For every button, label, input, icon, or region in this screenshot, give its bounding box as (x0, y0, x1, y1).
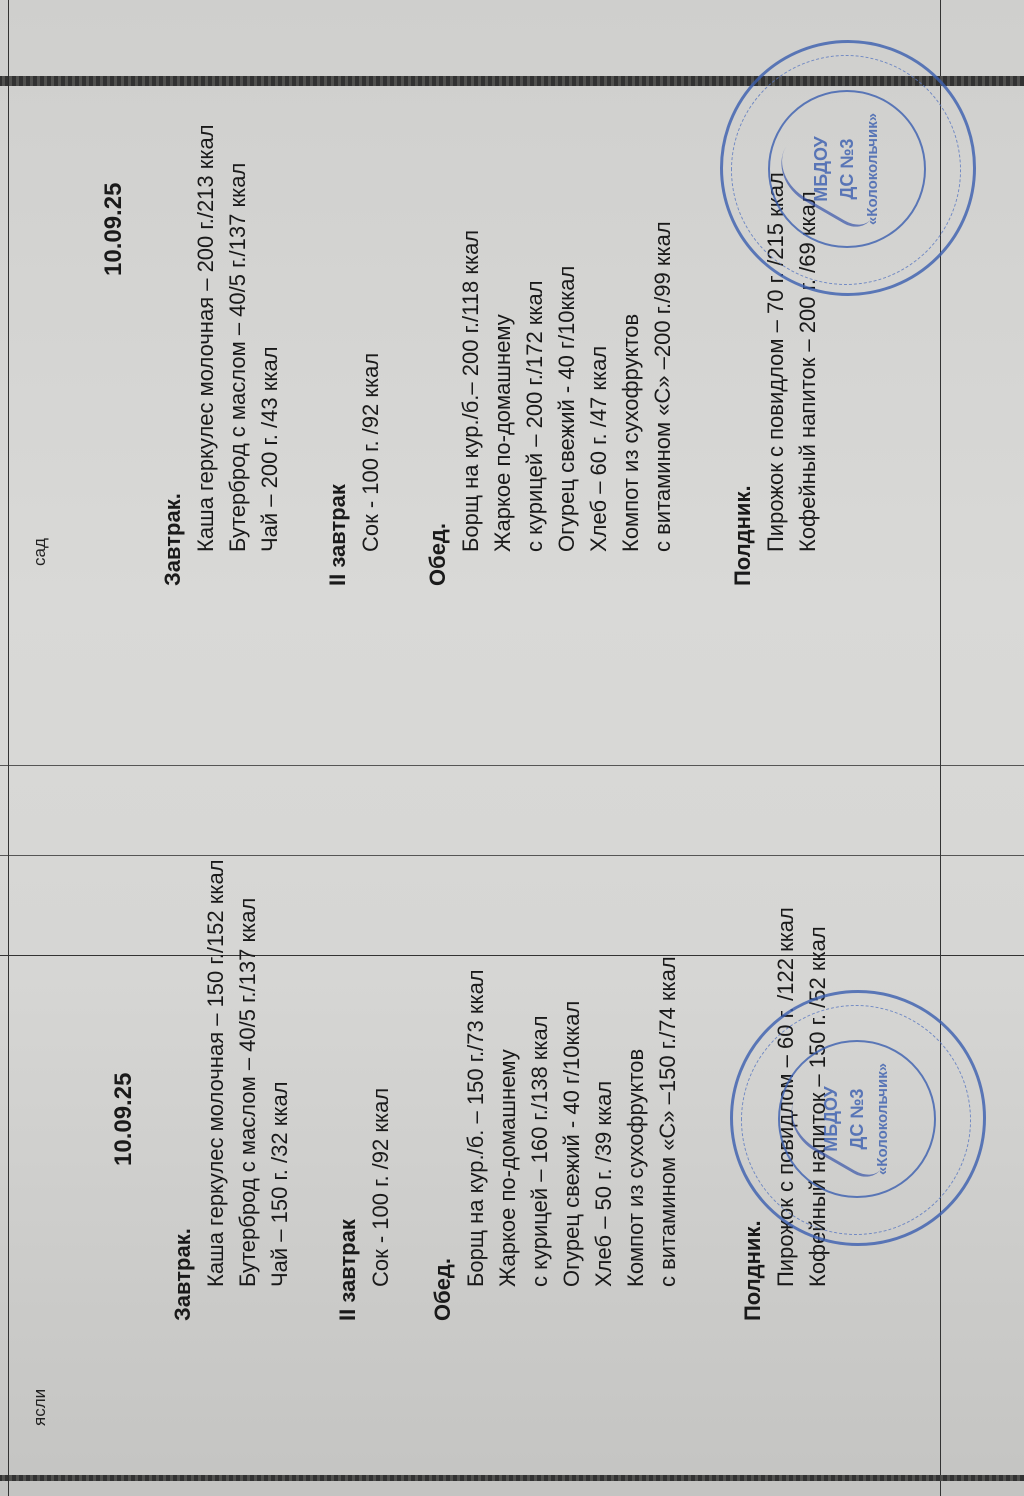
meal-title: II завтрак (325, 353, 351, 586)
menu-item: Огурец свежий - 40 г/10ккал (551, 221, 583, 586)
menu-item: Компот из сухофруктов (615, 221, 647, 586)
meal-title: Завтрак. (160, 124, 186, 586)
meal-lunch: Обед. Борщ на кур./б. – 150 г./73 ккал Ж… (430, 956, 684, 1321)
meal-breakfast: Завтрак. Каша геркулес молочная – 200 г.… (160, 124, 286, 586)
menu-item: Бутерброд с маслом – 40/5 г./137 ккал (222, 124, 254, 586)
menu-item: Жаркое по-домашнему (487, 221, 519, 586)
menu-item: Чай – 200 г. /43 ккал (254, 124, 286, 586)
menu-item: Огурец свежий - 40 г/10ккал (556, 956, 588, 1321)
meal-second-breakfast: II завтрак Сок - 100 г. /92 ккал (325, 353, 387, 586)
menu-item: Борщ на кур./б. – 150 г./73 ккал (460, 956, 492, 1321)
section-kindergarten: сад 10.09.25 Завтрак. Каша геркулес моло… (0, 0, 1024, 716)
menu-item: Хлеб – 50 г. /39 ккал (588, 956, 620, 1321)
official-stamp: МБДОУ ДС №3 «Колокольчик» (730, 990, 986, 1246)
menu-sheet: сад 10.09.25 Завтрак. Каша геркулес моло… (0, 0, 1024, 1496)
menu-item: Бутерброд с маслом – 40/5 г./137 ккал (232, 859, 264, 1321)
section-nursery: ясли 10.09.25 Завтрак. Каша геркулес мол… (0, 776, 1024, 1496)
menu-date: 10.09.25 (100, 183, 128, 276)
menu-item: Каша геркулес молочная – 200 г./213 ккал (190, 124, 222, 586)
menu-item: Борщ на кур./б.– 200 г./118 ккал (455, 221, 487, 586)
menu-item: с витамином «С» –150 г./74 ккал (652, 956, 684, 1321)
meal-second-breakfast: II завтрак Сок - 100 г. /92 ккал (335, 1088, 397, 1321)
table-divider (0, 765, 1024, 766)
menu-item: с курицей – 160 г./138 ккал (524, 956, 556, 1321)
meal-title: II завтрак (335, 1088, 361, 1321)
meal-title: Завтрак. (170, 859, 196, 1321)
menu-item: Сок - 100 г. /92 ккал (365, 1088, 397, 1321)
menu-date: 10.09.25 (110, 1073, 138, 1166)
menu-item: с витамином «С» –200 г./99 ккал (647, 221, 679, 586)
official-stamp: МБДОУ ДС №3 «Колокольчик» (720, 40, 976, 296)
menu-item: Каша геркулес молочная – 150 г./152 ккал (200, 859, 232, 1321)
menu-item: Чай – 150 г. /32 ккал (264, 859, 296, 1321)
meal-lunch: Обед. Борщ на кур./б.– 200 г./118 ккал Ж… (425, 221, 679, 586)
menu-item: с курицей – 200 г./172 ккал (519, 221, 551, 586)
menu-item: Хлеб – 60 г. /47 ккал (583, 221, 615, 586)
meal-title: Обед. (425, 221, 451, 586)
meal-title: Обед. (430, 956, 456, 1321)
menu-item: Жаркое по-домашнему (492, 956, 524, 1321)
section-label: ясли (30, 1389, 50, 1426)
meal-breakfast: Завтрак. Каша геркулес молочная – 150 г.… (170, 859, 296, 1321)
menu-item: Компот из сухофруктов (620, 956, 652, 1321)
menu-item: Сок - 100 г. /92 ккал (355, 353, 387, 586)
section-label: сад (30, 538, 50, 566)
